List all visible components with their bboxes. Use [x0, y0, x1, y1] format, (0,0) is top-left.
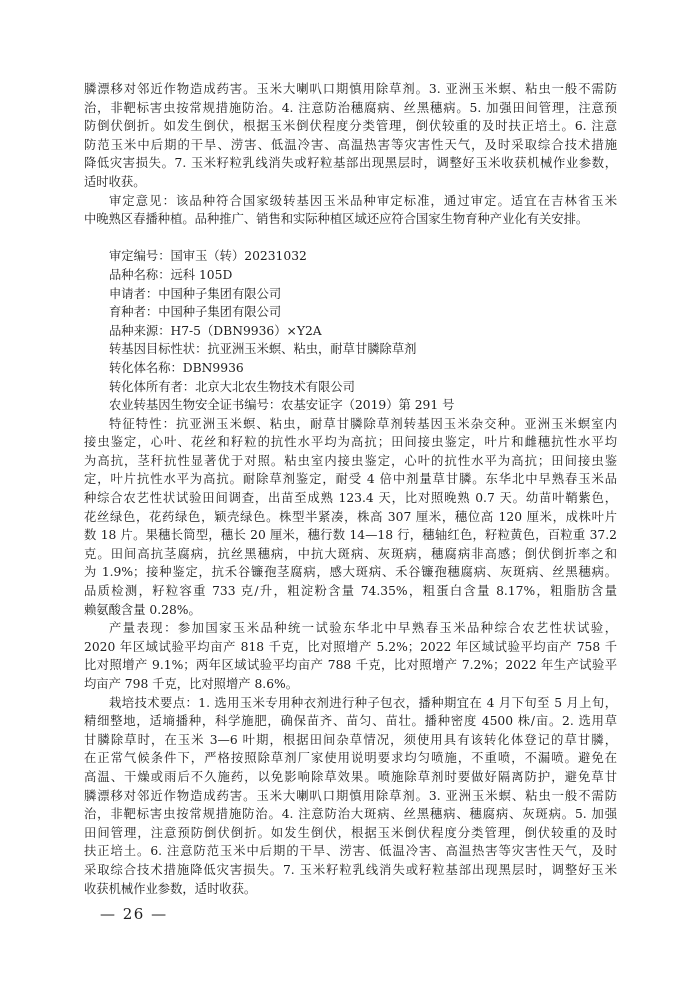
text-line: 治，非靶标害虫按常规措施防治。4. 注意防治穗腐病、丝黑穗病。5. 加强田间管理…	[84, 99, 617, 118]
text-line: 田间管理，注意预防倒伏倒折。如发生倒伏，根据玉米倒伏程度分类管理，倒伏较重的及时	[84, 824, 617, 843]
text-line: 审定编号：国审玉（转）20231032	[84, 247, 617, 266]
approval-opinion: 审定意见：该品种符合国家级转基因玉米品种审定标准，通过审定。适宜在吉林省玉米中晚…	[84, 192, 617, 229]
text-line: 种综合农艺性状试验田间调查，出苗至成熟 123.4 天，比对照晚熟 0.7 天。…	[84, 489, 617, 508]
text-line: 扶正培土。6. 注意防范玉米中后期的干旱、涝害、低温冷害、高温热害等灾害性天气，…	[84, 842, 617, 861]
text-line: 品种名称：远科 105D	[84, 266, 617, 285]
text-line: 转基因目标性状：抗亚洲玉米螟、粘虫，耐草甘膦除草剂	[84, 340, 617, 359]
text-line: 栽培技术要点：1. 选用玉米专用种衣剂进行种子包衣，播种期宜在 4 月下旬至 5…	[84, 694, 617, 713]
text-line: 为 1.9%；接种鉴定，抗禾谷镰孢茎腐病，感大斑病、禾谷镰孢穗腐病、灰斑病、丝黑…	[84, 563, 617, 582]
text-line: 育种者：中国种子集团有限公司	[84, 303, 617, 322]
text-line: 收获机械作业参数，适时收获。	[84, 880, 617, 899]
text-line: 赖氨酸含量 0.28%。	[84, 601, 617, 620]
text-line: 为高抗，茎秆抗性显著优于对照。粘虫室内接虫鉴定，心叶的抗性水平为高抗；田间接虫鉴	[84, 452, 617, 471]
text-line: 均亩产 798 千克，比对照增产 8.6%。	[84, 675, 617, 694]
text-line: 克。田间高抗茎腐病，抗丝黑穗病，中抗大斑病、灰斑病，穗腐病非高感；倒伏倒折率之和	[84, 545, 617, 564]
text-line: 转化体名称：DBN9936	[84, 359, 617, 378]
spacer	[84, 229, 617, 248]
text-line: 采取综合技术措施降低灾害损失。7. 玉米籽粒乳线消失或籽粒基部出现黑层时，调整好…	[84, 861, 617, 880]
text-line: 定，叶片抗性水平为高抗。耐除草剂鉴定，耐受 4 倍中剂量草甘膦。东华北中早熟春玉…	[84, 470, 617, 489]
text-line: 审定意见：该品种符合国家级转基因玉米品种审定标准，通过审定。适宜在吉林省玉米	[84, 192, 617, 211]
text-line: 品种来源：H7-5（DBN9936）×Y2A	[84, 322, 617, 341]
cultivation-notes-continuation: 膦漂移对邻近作物造成药害。玉米大喇叭口期慎用除草剂。3. 亚洲玉米螟、粘虫一般不…	[84, 80, 617, 192]
cultivation-techniques: 栽培技术要点：1. 选用玉米专用种衣剂进行种子包衣，播种期宜在 4 月下旬至 5…	[84, 694, 617, 899]
text-line: 高温、干燥或雨后不久施药，以免影响除草效果。喷施除草剂时要做好隔离防护，避免草甘	[84, 768, 617, 787]
text-line: 防倒伏倒折。如发生倒伏，根据玉米倒伏程度分类管理，倒伏较重的及时扶正培土。6. …	[84, 117, 617, 136]
blank-line	[84, 229, 617, 248]
page-number: — 26 —	[100, 905, 168, 923]
text-line: 治，非靶标害虫按常规措施防治。4. 注意防治大斑病、丝黑穗病、穗腐病、灰斑病。5…	[84, 805, 617, 824]
text-line: 花丝绿色，花药绿色，颖壳绿色。株型半紧凑，株高 307 厘米，穗位高 120 厘…	[84, 508, 617, 527]
text-line: 品质检测，籽粒容重 733 克/升，粗淀粉含量 74.35%，粗蛋白含量 8.1…	[84, 582, 617, 601]
text-line: 比对照增产 9.1%；两年区域试验平均亩产 788 千克，比对照增产 7.2%；…	[84, 656, 617, 675]
text-line: 申请者：中国种子集团有限公司	[84, 285, 617, 304]
text-line: 精细整地，适墒播种，科学施肥，确保苗齐、苗匀、苗壮。播种密度 4500 株/亩。…	[84, 712, 617, 731]
text-line: 膦漂移对邻近作物造成药害。玉米大喇叭口期慎用除草剂。3. 亚洲玉米螟、粘虫一般不…	[84, 80, 617, 99]
yield-performance: 产量表现：参加国家玉米品种统一试验东华北中早熟春玉米品种综合农艺性状试验，202…	[84, 619, 617, 693]
document-page: 膦漂移对邻近作物造成药害。玉米大喇叭口期慎用除草剂。3. 亚洲玉米螟、粘虫一般不…	[0, 0, 700, 990]
text-line: 特征特性：抗亚洲玉米螟、粘虫，耐草甘膦除草剂转基因玉米杂交种。亚洲玉米螟室内	[84, 415, 617, 434]
text-line: 在正常气候条件下，严格按照除草剂厂家使用说明要求均匀喷施，不重喷，不漏喷。避免在	[84, 749, 617, 768]
characteristics: 特征特性：抗亚洲玉米螟、粘虫，耐草甘膦除草剂转基因玉米杂交种。亚洲玉米螟室内接虫…	[84, 415, 617, 620]
text-line: 农业转基因生物安全证书编号：农基安证字（2019）第 291 号	[84, 396, 617, 415]
text-line: 适时收获。	[84, 173, 617, 192]
text-line: 产量表现：参加国家玉米品种统一试验东华北中早熟春玉米品种综合农艺性状试验，	[84, 619, 617, 638]
variety-registration-info: 审定编号：国审玉（转）20231032品种名称：远科 105D申请者：中国种子集…	[84, 247, 617, 414]
text-line: 中晚熟区春播种植。品种推广、销售和实际种植区域还应符合国家生物育种产业化有关安排…	[84, 210, 617, 229]
document-body: 膦漂移对邻近作物造成药害。玉米大喇叭口期慎用除草剂。3. 亚洲玉米螟、粘虫一般不…	[84, 80, 617, 898]
text-line: 数 18 片。果穗长筒型，穗长 20 厘米，穗行数 14—18 行，穗轴红色，籽…	[84, 526, 617, 545]
text-line: 接虫鉴定，心叶、花丝和籽粒的抗性水平均为高抗；田间接虫鉴定，叶片和雌穗抗性水平均	[84, 433, 617, 452]
text-line: 2020 年区域试验平均亩产 818 千克，比对照增产 5.2%；2022 年区…	[84, 638, 617, 657]
text-line: 防范玉米中后期的干旱、涝害、低温冷害、高温热害等灾害性天气，及时采取综合技术措施	[84, 136, 617, 155]
text-line: 膦漂移对邻近作物造成药害。玉米大喇叭口期慎用除草剂。3. 亚洲玉米螟、粘虫一般不…	[84, 787, 617, 806]
text-line: 甘膦除草时，在玉米 3—6 叶期，根据田间杂草情况，须使用具有该转化体登记的草甘…	[84, 731, 617, 750]
text-line: 降低灾害损失。7. 玉米籽粒乳线消失或籽粒基部出现黑层时，调整好玉米收获机械作业…	[84, 154, 617, 173]
text-line: 转化体所有者：北京大北农生物技术有限公司	[84, 378, 617, 397]
